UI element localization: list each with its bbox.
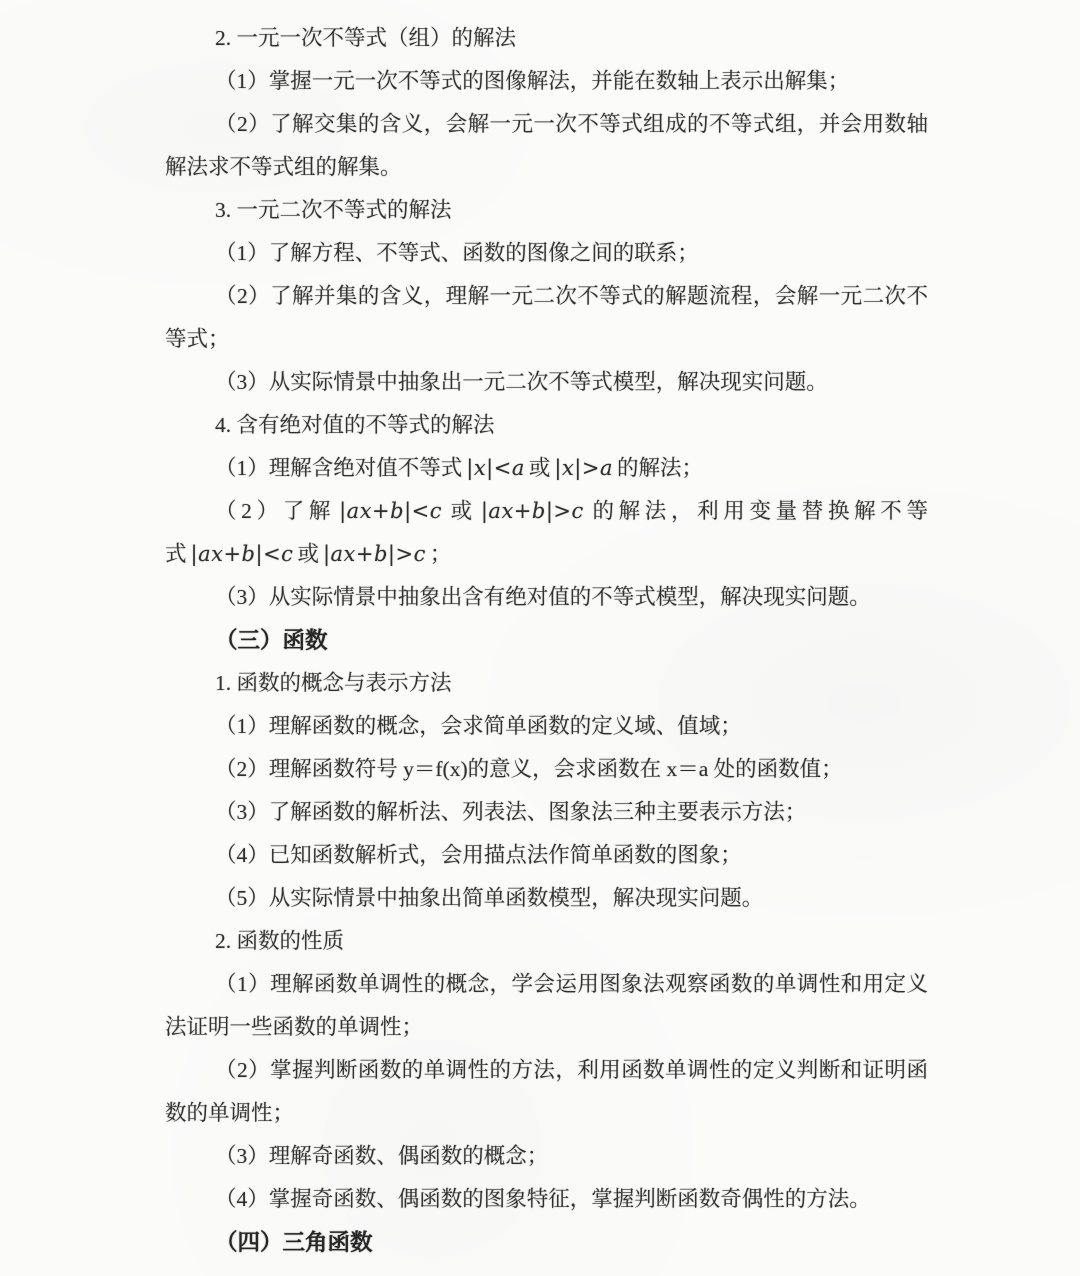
text-run: 1. 函数的概念与表示方法: [215, 671, 452, 695]
text-run: （1）掌握一元一次不等式的图像解法，并能在数轴上表示出解集；: [215, 69, 849, 93]
math-expression: |ax+b|<c: [335, 499, 446, 523]
text-run: （2）了解并集的含义，理解一元二次不等式的解题流程，会解一元二次不等式；: [165, 284, 928, 351]
paragraph: （2）了解并集的含义，理解一元二次不等式的解题流程，会解一元二次不等式；: [165, 275, 928, 361]
text-run: （3）了解函数的解析法、列表法、图象法三种主要表示方法；: [215, 800, 806, 824]
paragraph: 1. 函数的概念与表示方法: [165, 662, 928, 705]
text-run: （1）理解函数的概念，会求简单函数的定义域、值域；: [215, 714, 742, 738]
paragraph: （2）了解交集的含义，会解一元一次不等式组成的不等式组，并会用数轴解法求不等式组…: [165, 103, 928, 189]
text-run: 或: [529, 456, 551, 480]
paragraph: （1）掌握一元一次不等式的图像解法，并能在数轴上表示出解集；: [165, 60, 928, 103]
paragraph: （3）了解函数的解析法、列表法、图象法三种主要表示方法；: [165, 791, 928, 834]
paragraph: 2. 函数的性质: [165, 920, 928, 963]
text-run: （2）理解函数符号 y＝f(x)的意义，会求函数在 x＝a 处的函数值；: [215, 757, 843, 781]
text-run: （4）已知函数解析式，会用描点法作简单函数的图象；: [215, 843, 742, 867]
text-run: （1）理解函数单调性的概念，学会运用图象法观察函数的单调性和用定义法证明一些函数…: [165, 972, 928, 1039]
paragraph: （1）理解含绝对值不等式|x|<a或|x|>a的解法；: [165, 447, 928, 490]
text-run: 或: [297, 542, 319, 566]
text-run: 3. 一元二次不等式的解法: [215, 198, 452, 222]
math-expression: |ax+b|>c: [319, 542, 430, 566]
section-heading: （三）函数: [165, 619, 928, 662]
document-page: 2. 一元一次不等式（组）的解法（1）掌握一元一次不等式的图像解法，并能在数轴上…: [0, 0, 1080, 1276]
text-run: （四）三角函数: [215, 1230, 373, 1255]
paragraph: （3）理解奇函数、偶函数的概念；: [165, 1135, 928, 1178]
paragraph: （2）了解|ax+b|<c或|ax+b|>c的解法，利用变量替换解不等式|ax+…: [165, 490, 928, 576]
text-run: （1）了解方程、不等式、函数的图像之间的联系；: [215, 241, 699, 265]
math-expression: |x|<a: [462, 456, 529, 480]
paragraph: 4. 含有绝对值的不等式的解法: [165, 404, 928, 447]
text-run: （1）理解含绝对值不等式: [215, 456, 462, 480]
paragraph: （3）从实际情景中抽象出一元二次不等式模型，解决现实问题。: [165, 361, 928, 404]
paragraph: （4）掌握奇函数、偶函数的图象特征，掌握判断函数奇偶性的方法。: [165, 1178, 928, 1221]
paragraph: （2）掌握判断函数的单调性的方法，利用函数单调性的定义判断和证明函数的单调性；: [165, 1049, 928, 1135]
section-heading: （四）三角函数: [165, 1221, 928, 1264]
text-run: （2）掌握判断函数的单调性的方法，利用函数单调性的定义判断和证明函数的单调性；: [165, 1058, 928, 1125]
text-run: （3）从实际情景中抽象出一元二次不等式模型，解决现实问题。: [215, 370, 828, 394]
text-run: （3）理解奇函数、偶函数的概念；: [215, 1144, 548, 1168]
paragraph: （4）已知函数解析式，会用描点法作简单函数的图象；: [165, 834, 928, 877]
text-run: 的解法；: [617, 456, 703, 480]
math-expression: |x|>a: [550, 456, 617, 480]
text-run: （4）掌握奇函数、偶函数的图象特征，掌握判断函数奇偶性的方法。: [215, 1187, 871, 1211]
paragraph: （1）了解方程、不等式、函数的图像之间的联系；: [165, 232, 928, 275]
paragraph: （2）理解函数符号 y＝f(x)的意义，会求函数在 x＝a 处的函数值；: [165, 748, 928, 791]
paragraph: （5）从实际情景中抽象出简单函数模型，解决现实问题。: [165, 877, 928, 920]
math-expression: |ax+b|<c: [187, 542, 298, 566]
text-run: 4. 含有绝对值的不等式的解法: [215, 413, 495, 437]
text-run: （5）从实际情景中抽象出简单函数模型，解决现实问题。: [215, 886, 763, 910]
text-run: （2）了解交集的含义，会解一元一次不等式组成的不等式组，并会用数轴解法求不等式组…: [165, 112, 928, 179]
paragraph: （1）理解函数单调性的概念，学会运用图象法观察函数的单调性和用定义法证明一些函数…: [165, 963, 928, 1049]
text-run: 2. 一元一次不等式（组）的解法: [215, 26, 516, 50]
paragraph: （1）理解函数的概念，会求简单函数的定义域、值域；: [165, 705, 928, 748]
text-run: 或: [446, 499, 477, 523]
paragraph: 2. 一元一次不等式（组）的解法: [165, 17, 928, 60]
paragraph: 3. 一元二次不等式的解法: [165, 189, 928, 232]
text-run: （2）了解: [215, 499, 335, 523]
text-run: 2. 函数的性质: [215, 929, 344, 953]
document-body: 2. 一元一次不等式（组）的解法（1）掌握一元一次不等式的图像解法，并能在数轴上…: [165, 17, 928, 1264]
text-run: （三）函数: [215, 628, 328, 653]
text-run: ；: [430, 542, 452, 566]
text-run: （3）从实际情景中抽象出含有绝对值的不等式模型，解决现实问题。: [215, 585, 871, 609]
paragraph: （3）从实际情景中抽象出含有绝对值的不等式模型，解决现实问题。: [165, 576, 928, 619]
math-expression: |ax+b|>c: [477, 499, 588, 523]
